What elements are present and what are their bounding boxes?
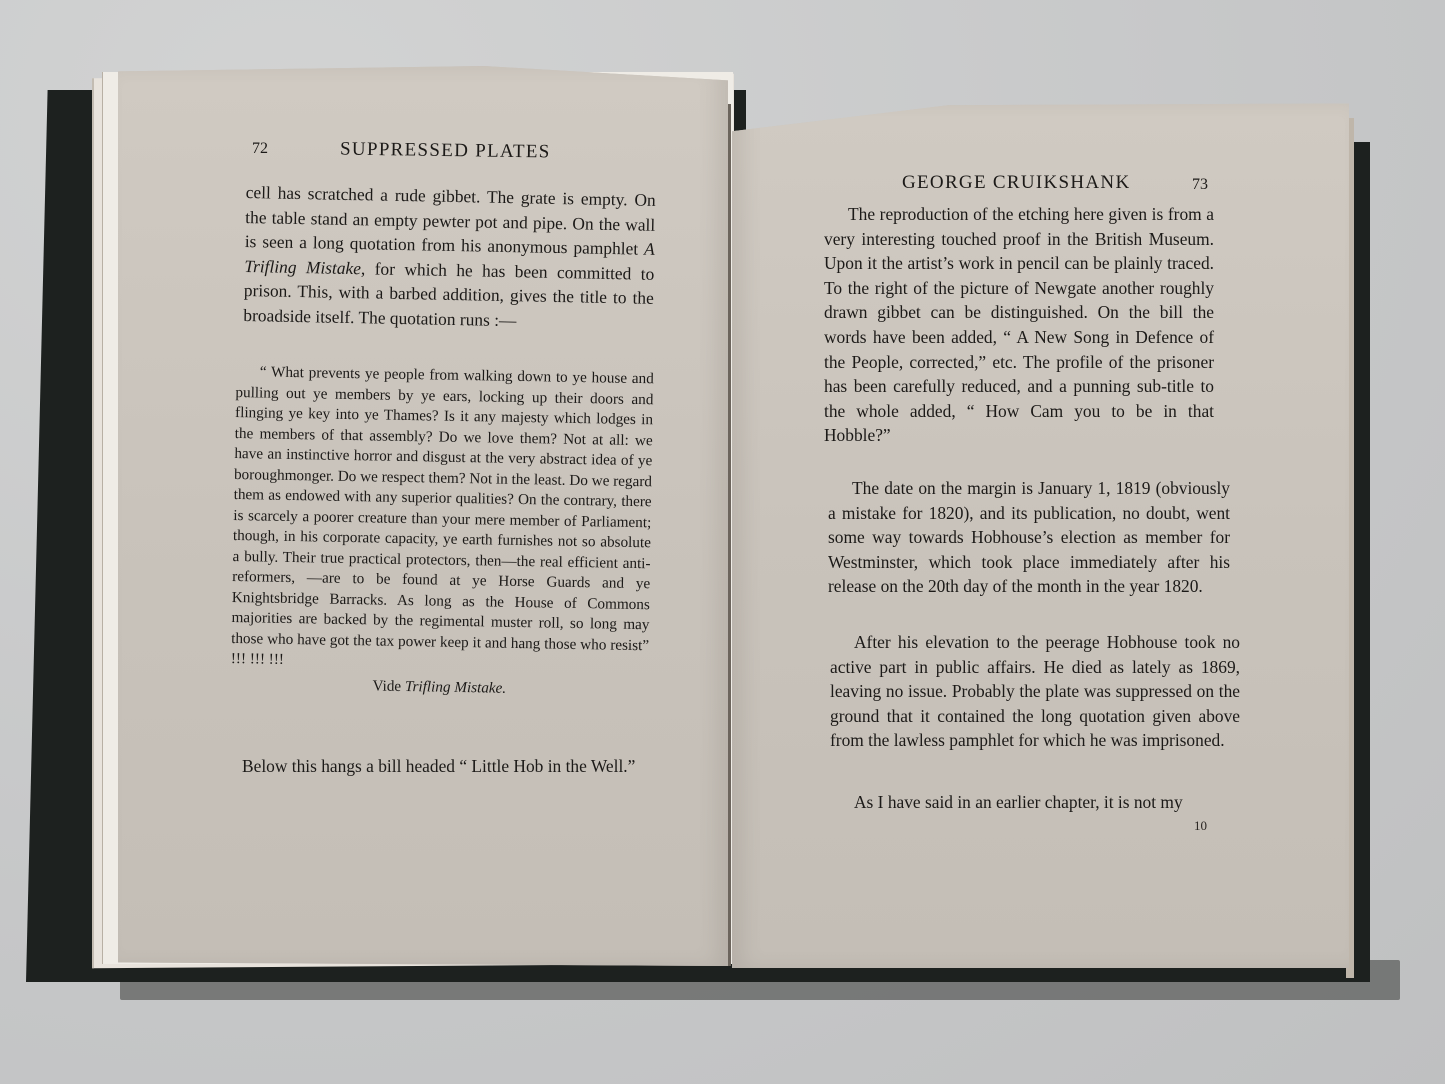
running-head-right: GEORGE CRUIKSHANK	[902, 172, 1130, 194]
page-number-left: 72	[252, 140, 268, 158]
right-paragraph-3: After his elevation to the peerage Hobho…	[830, 630, 1240, 753]
right-paragraph-4: As I have said in an earlier chapter, it…	[830, 790, 1244, 815]
running-head-left: SUPPRESSED PLATES	[340, 139, 551, 164]
right-paragraph-2: The date on the margin is January 1, 181…	[828, 476, 1230, 599]
left-paragraph-1: cell has scratched a rude gibbet. The gr…	[243, 180, 656, 335]
block-quotation: “ What prevents ye people from walking d…	[230, 362, 654, 701]
left-paragraph-2: Below this hangs a bill headed “ Little …	[218, 754, 650, 779]
book-gutter	[728, 104, 731, 966]
signature-mark: 10	[1194, 818, 1207, 834]
page-number-right: 73	[1192, 176, 1208, 194]
right-paragraph-1: The reproduction of the etching here giv…	[824, 202, 1214, 448]
